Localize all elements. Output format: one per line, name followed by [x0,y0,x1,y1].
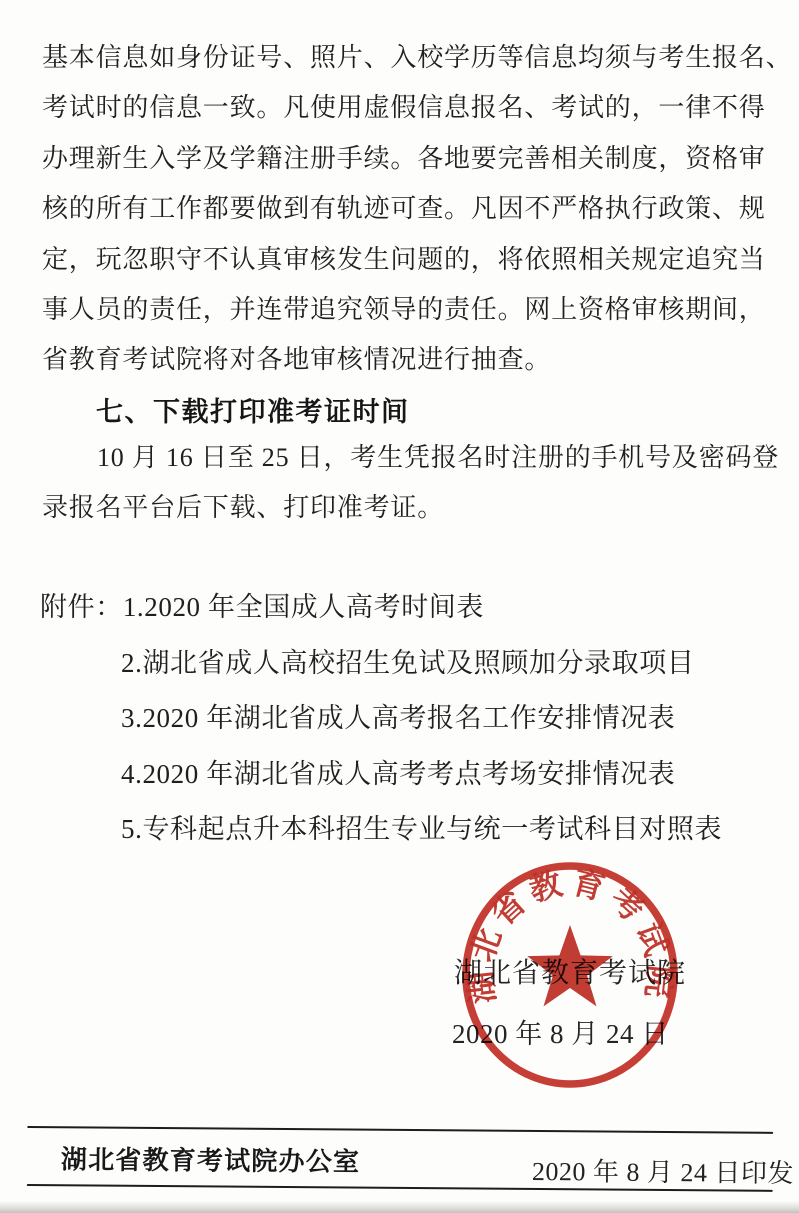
body-line: 10 月 16 日至 25 日，考生凭报名时注册的手机号及密码登 [42,433,772,483]
body-line: 录报名平台后下载、打印准考证。 [42,483,772,533]
section-heading: 七、下载打印准考证时间 [96,390,410,429]
body-paragraph-2: 10 月 16 日至 25 日，考生凭报名时注册的手机号及密码登 录报名平台后下… [42,433,772,534]
body-line: 办理新生入学及学籍注册手续。各地要完善相关制度，资格审 [42,134,772,184]
body-line: 定，玩忽职守不认真审核发生问题的，将依照相关规定追究当 [42,235,772,285]
body-paragraph: 基本信息如身份证号、照片、入校学历等信息均须与考生报名、 考试时的信息一致。凡使… [42,33,772,386]
document-page: 基本信息如身份证号、照片、入校学历等信息均须与考生报名、 考试时的信息一致。凡使… [0,0,799,1213]
attachment-item: 4.2020 年湖北省成人高考考点考场安排情况表 [40,747,780,803]
body-line: 省教育考试院将对各地审核情况进行抽查。 [42,335,772,385]
attachment-item: 1.2020 年全国成人高考时间表 [123,592,484,622]
body-line: 核的所有工作都要做到有轨迹可查。凡因不严格执行政策、规 [42,184,772,234]
body-line: 基本信息如身份证号、照片、入校学历等信息均须与考生报名、 [42,33,772,83]
attachment-item: 5.专科起点升本科招生专业与统一考试科目对照表 [40,802,780,858]
body-line: 事人员的责任，并连带追究领导的责任。网上资格审核期间， [42,285,772,335]
footer-print-date: 2020 年 8 月 24 日印发 [532,1151,794,1190]
attachments-label: 附件： [40,592,123,622]
attachments-list: 附件：1.2020 年全国成人高考时间表 2.湖北省成人高校招生免试及照顾加分录… [40,580,780,858]
attachment-item: 2.湖北省成人高校招生免试及照顾加分录取项目 [40,636,780,692]
footer-rule-top [27,1126,773,1134]
body-line: 考试时的信息一致。凡使用虚假信息报名、考试的，一律不得 [42,83,772,133]
official-seal: 湖北省教育考试院 [454,855,686,1095]
attachment-row: 附件：1.2020 年全国成人高考时间表 [40,580,780,636]
seal-star-icon [527,925,613,1006]
scan-bottom-edge [0,1201,799,1213]
footer-issuing-office: 湖北省教育考试院办公室 [61,1139,360,1178]
footer: 湖北省教育考试院办公室 2020 年 8 月 24 日印发 [27,1126,773,1194]
attachment-item: 3.2020 年湖北省成人高考报名工作安排情况表 [40,691,780,747]
